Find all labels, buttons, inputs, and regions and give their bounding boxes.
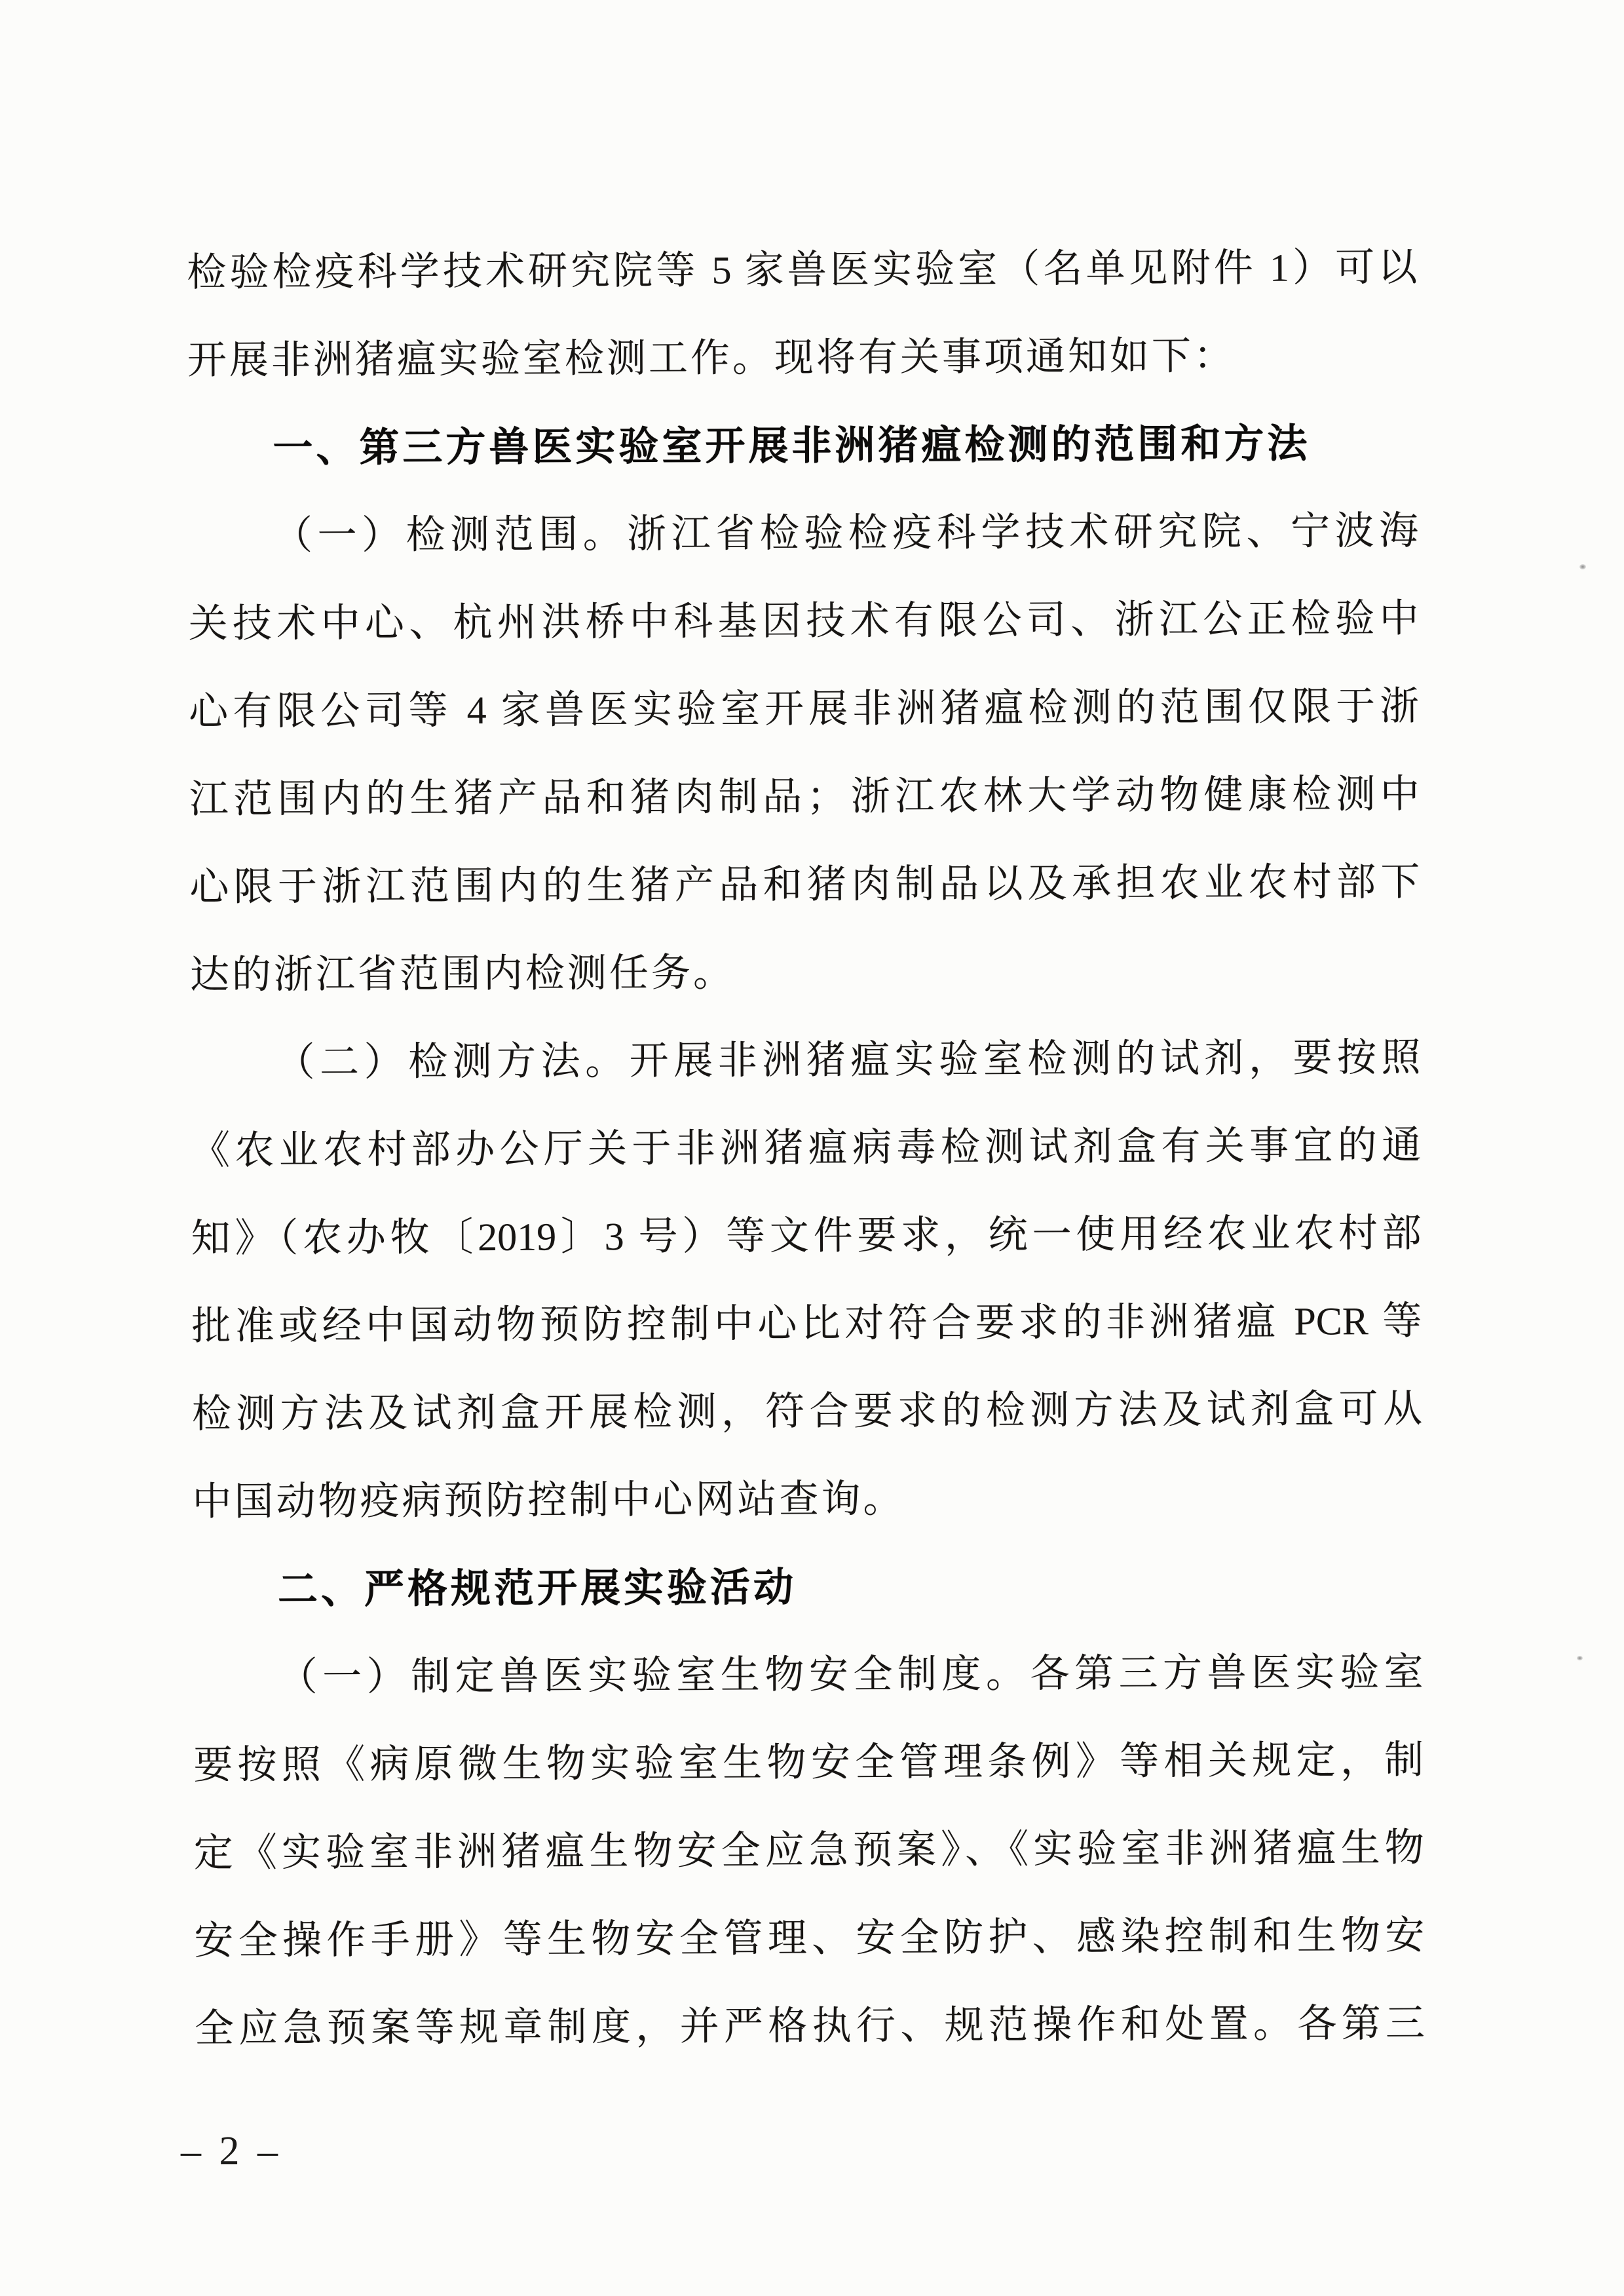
scanned-document-page: 检验检疫科学技术研究院等 5 家兽医实验室（名单见附件 1）可以开展非洲猪瘟实验… <box>0 0 1624 2296</box>
text-line: 批准或经中国动物预防控制中心比对符合要求的非洲猪瘟 PCR 等 <box>191 1277 1422 1370</box>
text-line: 江范围内的生猪产品和猪肉制品；浙江农林大学动物健康检测中 <box>189 750 1420 843</box>
text-line: 安全操作手册》等生物安全管理、安全防护、感染控制和生物安 <box>194 1892 1425 1985</box>
text-line: 心有限公司等 4 家兽医实验室开展非洲猪瘟检测的范围仅限于浙 <box>189 662 1420 756</box>
text-line: 检验检疫科学技术研究院等 5 家兽医实验室（名单见附件 1）可以 <box>187 223 1418 316</box>
page-number: – 2 – <box>181 2131 282 2172</box>
text-line: 关技术中心、杭州洪桥中科基因技术有限公司、浙江公正检验中 <box>188 575 1419 668</box>
text-line: 达的浙江省范围内检测任务。 <box>190 926 1421 1019</box>
text-line: 要按照《病原微生物实验室生物安全管理条例》等相关规定，制 <box>193 1716 1424 1809</box>
text-line: （一）检测范围。浙江省检验检疫科学技术研究院、宁波海 <box>188 487 1419 580</box>
text-line: 《农业农村部办公厅关于非洲猪瘟病毒检测试剂盒有关事宜的通 <box>191 1101 1422 1195</box>
section-heading: 二、严格规范开展实验活动 <box>193 1540 1424 1634</box>
text-line: 心限于浙江范围内的生猪产品和猪肉制品以及承担农业农村部下 <box>189 838 1420 931</box>
text-line: 知》（农办牧〔2019〕3 号）等文件要求，统一使用经农业农村部 <box>191 1189 1422 1282</box>
text-line: 全应急预案等规章制度，并严格执行、规范操作和处置。各第三 <box>195 1980 1426 2073</box>
scan-speck <box>1577 1656 1583 1660</box>
document-text: 检验检疫科学技术研究院等 5 家兽医实验室（名单见附件 1）可以开展非洲猪瘟实验… <box>187 223 1425 2073</box>
text-line: 检测方法及试剂盒开展检测，符合要求的检测方法及试剂盒可从 <box>192 1365 1423 1458</box>
section-heading: 一、第三方兽医实验室开展非洲猪瘟检测的范围和方法 <box>187 399 1418 492</box>
scan-speck <box>1579 564 1586 569</box>
text-line: 定《实验室非洲猪瘟生物安全应急预案》、《实验室非洲猪瘟生物 <box>194 1804 1425 1897</box>
text-line: （二）检测方法。开展非洲猪瘟实验室检测的试剂，要按照 <box>190 1014 1421 1107</box>
text-line: （一）制定兽医实验室生物安全制度。各第三方兽医实验室 <box>193 1628 1424 1721</box>
text-line: 中国动物疫病预防控制中心网站查询。 <box>192 1453 1423 1546</box>
text-line: 开展非洲猪瘟实验室检测工作。现将有关事项通知如下： <box>187 311 1418 404</box>
